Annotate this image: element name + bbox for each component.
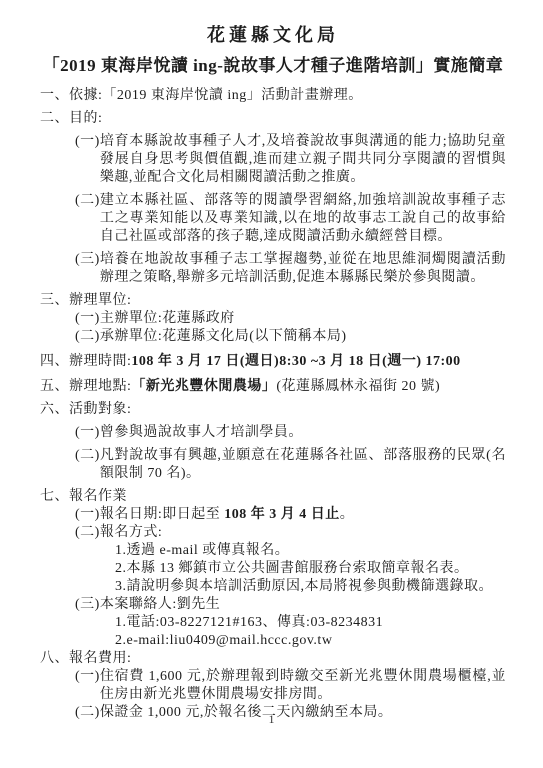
item-label: (一) [75, 133, 100, 187]
registration-date-suffix: 。 [340, 507, 355, 522]
item-text: 曾參與過說故事人才培訓學員。 [100, 424, 506, 442]
section-venue: 五、辦理地點:「新光兆豐休閒農場」(花蓮縣鳳林永福街 20 號) [40, 378, 506, 396]
audience-item: (二) 凡對說故事有興趣,並願意在花蓮縣各社區、部落服務的民眾(名額限制 70 … [75, 447, 506, 483]
contact-person-item: (三) 本案聯絡人:劉先生 [75, 596, 506, 614]
section-fee-heading: 八、報名費用: [40, 650, 506, 668]
section-organizer-heading: 三、辦理單位: [40, 292, 506, 310]
item-label: (一) [75, 668, 100, 704]
item-text: 建立本縣社區、部落等的閱讀學習網絡,加強培訓說故事種子志工之專業知能以及專業知識… [100, 192, 506, 246]
doc-title: 「2019 東海岸悅讀 ing-說故事人才種子進階培訓」實施簡章 [40, 54, 506, 78]
item-label: (二) [75, 524, 100, 542]
item-label: (一) [75, 310, 100, 328]
item-text: 報名方式: [100, 524, 506, 542]
registration-step: 2.本縣 13 鄉鎮市立公共圖書館服務台索取簡章報名表。 [115, 560, 506, 578]
organizer-item: (二) 承辦單位:花蓮縣文化局(以下簡稱本局) [75, 328, 506, 346]
section-basis: 一、依據:「2019 東海岸悅讀 ing」活動計畫辦理。 [40, 87, 506, 105]
item-label: (二) [75, 192, 100, 246]
organizer-item: (一) 主辦單位:花蓮縣政府 [75, 310, 506, 328]
item-label: (一) [75, 424, 100, 442]
item-label: (三) [75, 251, 100, 287]
section-time: 四、辦理時間:108 年 3 月 17 日(週日)8:30 ~3 月 18 日(… [40, 353, 506, 371]
item-text: 主辦單位:花蓮縣政府 [100, 310, 506, 328]
item-label: (三) [75, 596, 100, 614]
section-audience-heading: 六、活動對象: [40, 401, 506, 419]
fee-item: (一) 住宿費 1,600 元,於辦理報到時繳交至新光兆豐休閒農場櫃檯,並住房由… [75, 668, 506, 704]
item-text: 本案聯絡人:劉先生 [100, 596, 506, 614]
registration-date-prefix: 報名日期:即日起至 [100, 507, 224, 522]
org-title: 花蓮縣文化局 [40, 24, 506, 47]
item-text: 培養在地說故事種子志工掌握趨勢,並從在地思維洞燭閱讀活動辦理之策略,舉辦多元培訓… [100, 251, 506, 287]
audience-item: (一) 曾參與過說故事人才培訓學員。 [75, 424, 506, 442]
purpose-item: (二) 建立本縣社區、部落等的閱讀學習網絡,加強培訓說故事種子志工之專業知能以及… [75, 192, 506, 246]
time-label: 四、辦理時間: [40, 354, 131, 369]
registration-step: 3.請說明參與本培訓活動原因,本局將視參與動機篩選錄取。 [115, 578, 506, 596]
document-page: 花蓮縣文化局 「2019 東海岸悅讀 ing-說故事人才種子進階培訓」實施簡章 … [0, 0, 543, 768]
contact-phone: 1.電話:03-8227121#163、傳真:03-8234831 [115, 614, 506, 632]
venue-address: (花蓮縣鳳林永福街 20 號) [276, 379, 440, 394]
section-registration-heading: 七、報名作業 [40, 488, 506, 506]
item-text: 培育本縣說故事種子人才,及培養說故事與溝通的能力;協助兒童發展自身思考與價值觀,… [100, 133, 506, 187]
item-text: 住宿費 1,600 元,於辦理報到時繳交至新光兆豐休閒農場櫃檯,並住房由新光兆豐… [100, 668, 506, 704]
registration-date-item: (一) 報名日期:即日起至 108 年 3 月 4 日止。 [75, 506, 506, 524]
item-label: (一) [75, 506, 100, 524]
item-label: (二) [75, 447, 100, 483]
item-text: 報名日期:即日起至 108 年 3 月 4 日止。 [100, 506, 506, 524]
purpose-item: (一) 培育本縣說故事種子人才,及培養說故事與溝通的能力;協助兒童發展自身思考與… [75, 133, 506, 187]
item-text: 承辦單位:花蓮縣文化局(以下簡稱本局) [100, 328, 506, 346]
registration-step: 1.透過 e-mail 或傳真報名。 [115, 542, 506, 560]
page-number: 1 [0, 710, 543, 728]
item-label: (二) [75, 328, 100, 346]
purpose-item: (三) 培養在地說故事種子志工掌握趨勢,並從在地思維洞燭閱讀活動辦理之策略,舉辦… [75, 251, 506, 287]
registration-method-item: (二) 報名方式: [75, 524, 506, 542]
venue-label: 五、辦理地點: [40, 379, 131, 394]
time-value: 108 年 3 月 17 日(週日)8:30 ~3 月 18 日(週一) 17:… [131, 354, 460, 369]
registration-deadline: 108 年 3 月 4 日止 [224, 507, 340, 522]
venue-name: 「新光兆豐休閒農場」 [131, 379, 276, 394]
section-purpose-heading: 二、目的: [40, 110, 506, 128]
item-text: 凡對說故事有興趣,並願意在花蓮縣各社區、部落服務的民眾(名額限制 70 名)。 [100, 447, 506, 483]
contact-email: 2.e-mail:liu0409@mail.hccc.gov.tw [115, 632, 506, 650]
